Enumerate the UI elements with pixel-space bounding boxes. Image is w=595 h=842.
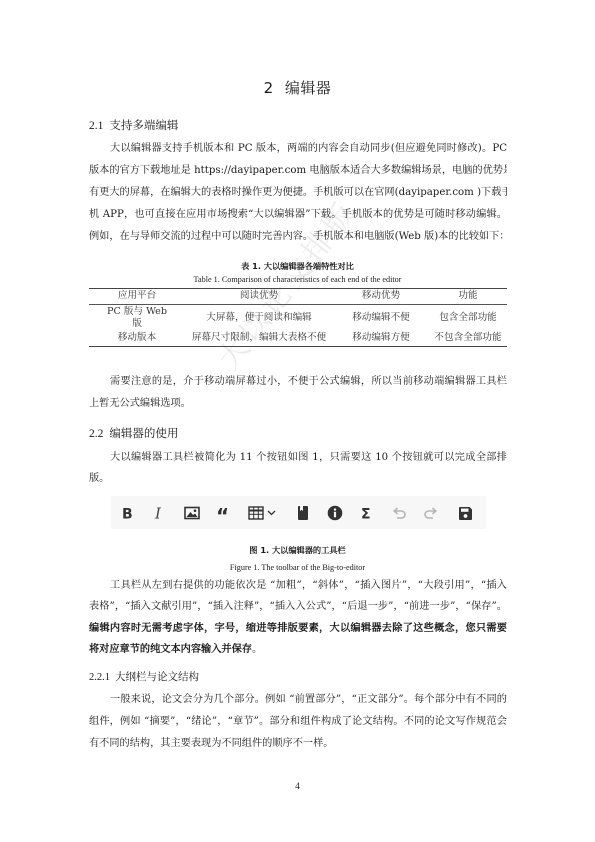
section-number: 2.1 (89, 120, 103, 132)
insert-formula-button[interactable]: Σ (358, 504, 376, 522)
chapter-title: 2 编辑器 (0, 77, 595, 98)
block-quote-button[interactable]: “ (215, 504, 233, 522)
svg-text:I: I (154, 506, 162, 520)
editor-toolbar-figure: B I “ (111, 496, 486, 529)
svg-text:“: “ (216, 506, 229, 520)
table-cell-features: 不包含全部功能 (429, 331, 507, 347)
figure-caption-en: Figure 1. The toolbar of the Big-to-edit… (0, 563, 595, 572)
table-header-cell: 应用平台 (89, 289, 185, 305)
bold-button[interactable]: B (119, 504, 137, 522)
table-header-cell: 移动优势 (333, 289, 429, 305)
table-header-cell: 功能 (429, 289, 507, 305)
table-dropdown-button[interactable] (265, 504, 277, 522)
section-heading-2-1: 2.1支持多端编辑 (89, 117, 178, 133)
insert-citation-button[interactable] (294, 504, 312, 522)
paragraph-line: 例如，在与导师交流的过程中可以随时完善内容。手机版本和电脑版(Web 版)本的比… (89, 230, 507, 244)
save-icon (458, 506, 473, 521)
insert-image-button[interactable] (183, 504, 201, 522)
undo-icon (391, 506, 407, 520)
table-cell-platform: PC 版与 Web 版 (89, 304, 185, 331)
paragraph-line: 表格”，“插入文献引用”，“插入注释”，“插入入公式”，“后退一步”，“前进一步… (89, 600, 507, 614)
sigma-icon: Σ (360, 506, 374, 520)
book-icon (296, 505, 310, 521)
comparison-table: 应用平台 阅读优势 移动优势 功能 PC 版与 Web 版 大屏幕，便于阅读和编… (89, 288, 507, 347)
save-button[interactable] (456, 504, 474, 522)
paragraph-line: 大以编辑器支持手机版本和 PC 版本，两端的内容会自动同步(但应避免同时修改)。… (89, 142, 507, 156)
subsection-heading-2-2-1: 2.2.1大纲栏与论文结构 (89, 669, 199, 684)
redo-button[interactable] (422, 504, 440, 522)
subsection-title: 大纲栏与论文结构 (115, 671, 199, 683)
chapter-name: 编辑器 (285, 79, 332, 97)
paragraph-line: 将对应章节的纯文本内容输入并保存。 (89, 642, 507, 657)
paragraph-line: 需要注意的是，介于移动端屏幕过小，不便于公式编辑，所以当前移动端编辑器工具栏 (89, 375, 507, 389)
section-heading-2-2: 2.2编辑器的使用 (89, 425, 178, 441)
platform-line: PC 版与 Web (89, 306, 185, 319)
paragraph-line: 工具栏从左到右提供的功能依次是 “加粗”，“斜体”，“插入图片”，“大段引用”，… (89, 579, 507, 593)
table-row: PC 版与 Web 版 大屏幕，便于阅读和编辑 移动编辑不便 包含全部功能 (89, 304, 507, 331)
table-cell-reading: 屏幕尺寸限制，编辑大表格不便 (185, 331, 333, 347)
table-caption-en: Table 1. Comparison of characteristics o… (0, 275, 595, 284)
paragraph-line: 版。 (89, 472, 507, 486)
table-cell-mobile: 移动编辑不便 (333, 304, 429, 331)
document-page: 大以论文排版 2 编辑器 2.1支持多端编辑 大以编辑器支持手机版本和 PC 版… (0, 0, 595, 842)
paragraph-line: 一般来说，论文会分为几个部分。例如 “前置部分”，“正文部分”。每个部分中有不同… (89, 693, 507, 707)
italic-button[interactable]: I (151, 504, 169, 522)
svg-text:B: B (122, 507, 133, 521)
paragraph-line: 机 APP，也可直接在应用市场搜索“大以编辑器”下载。手机版本的优势是可随时移动… (89, 208, 507, 222)
table-row: 移动版本 屏幕尺寸限制，编辑大表格不便 移动编辑方便 不包含全部功能 (89, 331, 507, 347)
paragraph-line: 上暂无公式编辑选项。 (89, 397, 507, 411)
table-header-cell: 阅读优势 (185, 289, 333, 305)
paragraph-line: 有不同的结构，其主要表现为不同组件的顺序不一样。 (89, 737, 507, 751)
section-title: 支持多端编辑 (109, 118, 178, 132)
redo-icon (423, 506, 439, 520)
table-cell-platform: 移动版本 (89, 331, 185, 347)
chapter-number: 2 (264, 79, 274, 97)
chevron-down-icon (267, 510, 276, 516)
insert-note-button[interactable] (326, 504, 344, 522)
quote-icon: “ (216, 506, 232, 520)
punctuation: 。 (252, 644, 262, 655)
paragraph-line-bold: 编辑内容时无需考虑字体，字号，缩进等排版要素，大以编辑器去除了这些概念，您只需要 (89, 621, 507, 635)
table-cell-mobile: 移动编辑方便 (333, 331, 429, 347)
table-caption-cn: 表 1. 大以编辑器各端特性对比 (0, 261, 595, 272)
paragraph-line: 有更大的屏幕，在编辑大的表格时操作更为便捷。手机版可以在官网(dayipaper… (89, 186, 507, 200)
subsection-number: 2.2.1 (89, 672, 110, 683)
info-icon (327, 505, 343, 521)
platform-line: 版 (89, 318, 185, 331)
bold-text: 将对应章节的纯文本内容输入并保存 (89, 643, 252, 655)
table-cell-reading: 大屏幕，便于阅读和编辑 (185, 304, 333, 331)
figure-caption-cn: 图 1. 大以编辑器的工具栏 (0, 545, 595, 556)
svg-text:Σ: Σ (361, 507, 371, 521)
image-icon (184, 506, 200, 520)
undo-button[interactable] (390, 504, 408, 522)
section-title: 编辑器的使用 (109, 426, 178, 440)
paragraph-line: 大以编辑器工具栏被简化为 11 个按钮如图 1，只需要这 10 个按钮就可以完成… (89, 451, 507, 465)
section-number: 2.2 (89, 428, 103, 440)
paragraph-line: 版本的官方下载地址是 https://dayipaper.com 电脑版本适合大… (89, 164, 507, 178)
paragraph-line: 组件，例如 “摘要”，“绪论”，“章节”。部分和组件构成了论文结构。不同的论文写… (89, 715, 507, 729)
page-number: 4 (0, 782, 595, 792)
bold-icon: B (121, 506, 135, 520)
insert-table-button[interactable] (247, 504, 265, 522)
italic-icon: I (153, 506, 167, 520)
table-icon (248, 506, 264, 520)
table-cell-features: 包含全部功能 (429, 304, 507, 331)
table-header-row: 应用平台 阅读优势 移动优势 功能 (89, 289, 507, 305)
